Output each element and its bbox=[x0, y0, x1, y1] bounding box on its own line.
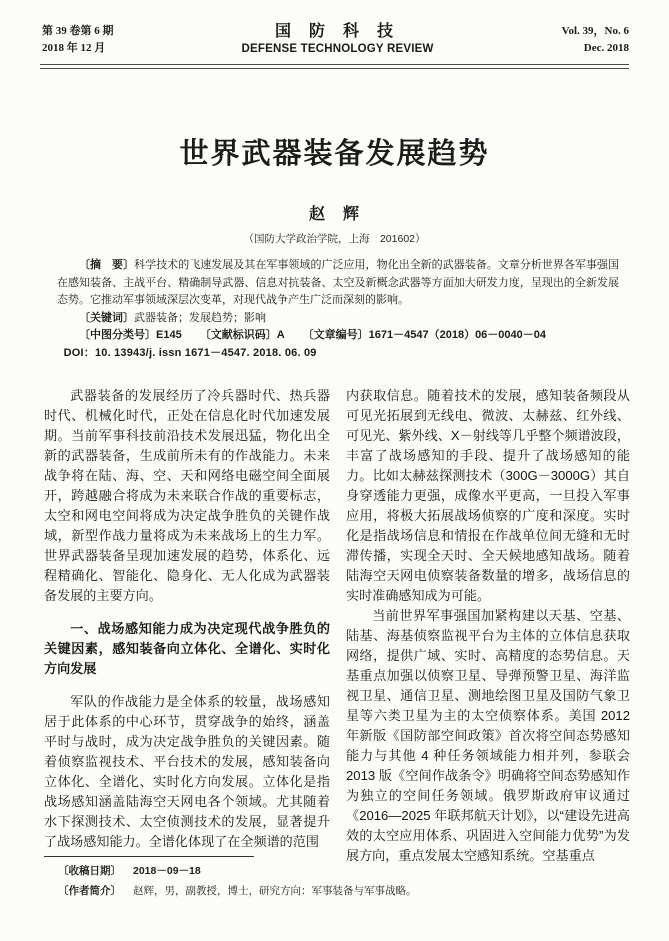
journal-title-en: DEFENSE TECHNOLOGY REVIEW bbox=[114, 41, 562, 57]
body-left-column: 武器装备的发展经历了冷兵器时代、热兵器时代、机械化时代，正处在信息化时代加速发展… bbox=[44, 386, 330, 866]
keywords-label: 〔关键词〕 bbox=[79, 312, 134, 324]
clc-line: 〔中图分类号〕E145〔文献标识码〕A〔文章编号〕1671－4547（2018）… bbox=[57, 327, 619, 345]
keywords-line: 〔关键词〕武器装备；发展趋势；影响 bbox=[57, 310, 619, 328]
paragraph-section1-a: 军队的作战能力是全体系的较量，战场感知居于此体系的中心环节，贯穿战争的始终，涵盖… bbox=[44, 692, 330, 852]
doc-code-label: 〔文献标识码〕 bbox=[200, 329, 277, 341]
journal-title-cn: 国 防 科 技 bbox=[114, 23, 562, 41]
received-date-row: 〔收稿日期〕2018－09－18 bbox=[44, 862, 614, 882]
article-id-label: 〔文章编号〕 bbox=[303, 329, 369, 341]
header-double-rule bbox=[40, 64, 629, 69]
date-en: Dec. 2018 bbox=[562, 40, 629, 57]
masthead-left: 第 39 卷第 6 期 2018 年 12 月 bbox=[42, 23, 114, 57]
author-bio-label: 〔作者简介〕 bbox=[58, 885, 121, 897]
volume-issue-en: Vol. 39，No. 6 bbox=[562, 23, 629, 40]
received-date-value: 2018－09－18 bbox=[133, 865, 201, 877]
article-meta: 〔摘 要〕科学技术的飞速发展及其在军事领域的广泛应用，物化出全新的武器装备。文章… bbox=[57, 257, 619, 363]
body-right-column: 内获取信息。随着技术的发展，感知装备频段从可见光拓展到无线电、微波、太赫兹、红外… bbox=[346, 386, 630, 866]
abstract: 〔摘 要〕科学技术的飞速发展及其在军事领域的广泛应用，物化出全新的武器装备。文章… bbox=[57, 257, 619, 310]
doc-code-value: A bbox=[277, 329, 285, 341]
article-id-value: 1671－4547（2018）06－0040－04 bbox=[369, 329, 546, 341]
clc-value: E145 bbox=[156, 329, 182, 341]
clc-label: 〔中图分类号〕 bbox=[79, 329, 156, 341]
journal-page: 第 39 卷第 6 期 2018 年 12 月 国 防 科 技 DEFENSE … bbox=[0, 0, 669, 941]
article-affiliation: （国防大学政治学院，上海 201602） bbox=[0, 231, 669, 246]
article-author: 赵 辉 bbox=[0, 201, 669, 224]
paragraph-intro: 武器装备的发展经历了冷兵器时代、热兵器时代、机械化时代，正处在信息化时代加速发展… bbox=[44, 386, 330, 606]
abstract-label: 〔摘 要〕 bbox=[79, 259, 134, 271]
paragraph-section1-c: 当前世界军事强国加紧构建以天基、空基、陆基、海基侦察监视平台为主体的立体信息获取… bbox=[346, 606, 630, 866]
received-date-label: 〔收稿日期〕 bbox=[58, 865, 121, 877]
article-title: 世界武器装备发展趋势 bbox=[0, 131, 669, 172]
section-heading-1: 一、战场感知能力成为决定现代战争胜负的关键因素，感知装备向立体化、全谱化、实时化… bbox=[44, 619, 330, 679]
keywords-text: 武器装备；发展趋势；影响 bbox=[134, 312, 266, 324]
date-cn: 2018 年 12 月 bbox=[42, 40, 114, 57]
doi-line: DOI：10. 13943/j. issn 1671－4547. 2018. 0… bbox=[57, 345, 619, 363]
abstract-text: 科学技术的飞速发展及其在军事领域的广泛应用，物化出全新的武器装备。文章分析世界各… bbox=[57, 259, 619, 306]
footnote: 〔收稿日期〕2018－09－18 〔作者简介〕赵辉，男，副教授，博士，研究方向：… bbox=[44, 856, 614, 901]
author-bio-row: 〔作者简介〕赵辉，男，副教授，博士，研究方向：军事装备与军事战略。 bbox=[44, 882, 614, 902]
footnote-rule bbox=[44, 856, 254, 857]
masthead-center: 国 防 科 技 DEFENSE TECHNOLOGY REVIEW bbox=[114, 23, 562, 57]
masthead: 第 39 卷第 6 期 2018 年 12 月 国 防 科 技 DEFENSE … bbox=[42, 23, 629, 57]
volume-issue-cn: 第 39 卷第 6 期 bbox=[42, 23, 114, 40]
paragraph-section1-b: 内获取信息。随着技术的发展，感知装备频段从可见光拓展到无线电、微波、太赫兹、红外… bbox=[346, 386, 630, 606]
masthead-right: Vol. 39，No. 6 Dec. 2018 bbox=[562, 23, 629, 57]
author-bio-value: 赵辉，男，副教授，博士，研究方向：军事装备与军事战略。 bbox=[133, 885, 417, 897]
